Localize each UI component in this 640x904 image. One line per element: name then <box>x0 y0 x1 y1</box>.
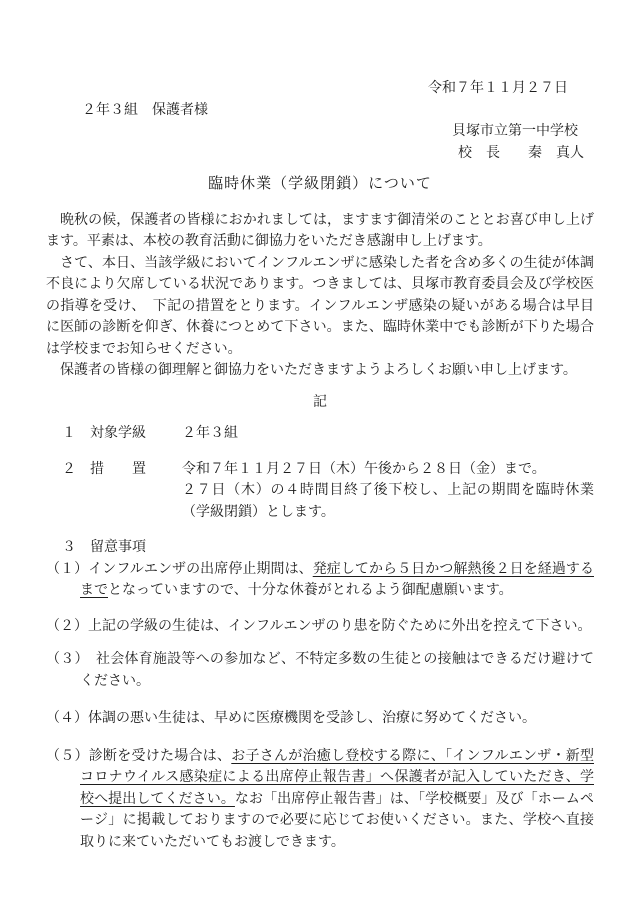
item-measure-value-line2: ２７日（木）の４時間目終了後下校し、上記の期間を臨時休業（学級閉鎖）とします。 <box>182 480 594 523</box>
document-date: 令和７年１１月２７日 <box>46 78 594 100</box>
note-avoid-contact: （３） 社会体育施設等への参加など、不特定多数の生徒との接触はできるだけ避けてく… <box>46 649 594 692</box>
note-5-text-pre: 診断を受けた場合は、 <box>89 749 232 764</box>
record-mark: 記 <box>46 392 594 414</box>
notes-heading: ３ 留意事項 <box>62 537 594 559</box>
note-influenza-absence-period: （１）インフルエンザの出席停止期間は、発症してから５日かつ解熱後２日を経過するま… <box>46 559 594 602</box>
note-2-text: 上記の学級の生徒は、インフルエンザのり患を防ぐために外出を控えて下さい。 <box>88 619 591 634</box>
item-measure: ２ 措 置令和７年１１月２７日（木）午後から２８日（金）まで。２７日（木）の４時… <box>62 459 594 524</box>
greeting-paragraph: 晩秋の候，保護者の皆様におかれましては，ますます御清栄のこととお喜び申し上げます… <box>46 210 594 253</box>
item-measure-value: 令和７年１１月２７日（木）午後から２８日（金）まで。２７日（木）の４時間目終了後… <box>182 459 594 524</box>
note-1-number: （１） <box>46 562 88 577</box>
note-4-text: 体調の悪い生徒は、早めに医療機関を受診し、治療に努めてください。 <box>88 711 536 726</box>
note-report-form: （５）診断を受けた場合は、お子さんが治癒し登校する際に、「インフルエンザ・新型コ… <box>46 746 594 854</box>
addressee: ２年３組 保護者様 <box>46 100 594 122</box>
note-1-text-pre: インフルエンザの出席停止期間は、 <box>88 562 313 577</box>
school-name: 貝塚市立第一中学校 <box>46 121 594 143</box>
note-2-number: （２） <box>46 619 88 634</box>
item-measure-label: ２ 措 置 <box>62 459 182 524</box>
item-target-class-value: ２年３組 <box>182 423 594 445</box>
note-see-doctor: （４）体調の悪い生徒は、早めに医療機関を受診し、治療に努めてください。 <box>46 708 594 730</box>
item-target-class-label: １ 対象学級 <box>62 423 182 445</box>
document-title: 臨時休業（学級閉鎖）について <box>46 174 594 196</box>
note-4-number: （４） <box>46 711 88 726</box>
principal-name: 校 長 秦 真人 <box>46 143 594 165</box>
note-1-text-post: となっていますので、十分な休養がとれるよう御配慮願います。 <box>108 583 513 598</box>
item-measure-value-line1: 令和７年１１月２７日（木）午後から２８日（金）まで。 <box>182 459 594 481</box>
note-3-text: 社会体育施設等への参加など、不特定多数の生徒との接触はできるだけ避けてください。 <box>80 652 594 689</box>
closing-paragraph: 保護者の皆様の御理解と御協力をいただきますようよろしくお願い申し上げます。 <box>46 360 594 382</box>
item-target-class: １ 対象学級２年３組 <box>62 423 594 445</box>
main-paragraph: さて、本日、当該学級においてインフルエンザに感染した者を含め多くの生徒が体調不良… <box>46 253 594 361</box>
note-5-number: （５） <box>46 749 89 764</box>
note-3-number: （３） <box>46 652 96 667</box>
document-page: 令和７年１１月２７日 ２年３組 保護者様 貝塚市立第一中学校 校 長 秦 真人 … <box>0 0 640 904</box>
note-stay-home: （２）上記の学級の生徒は、インフルエンザのり患を防ぐために外出を控えて下さい。 <box>46 616 594 638</box>
